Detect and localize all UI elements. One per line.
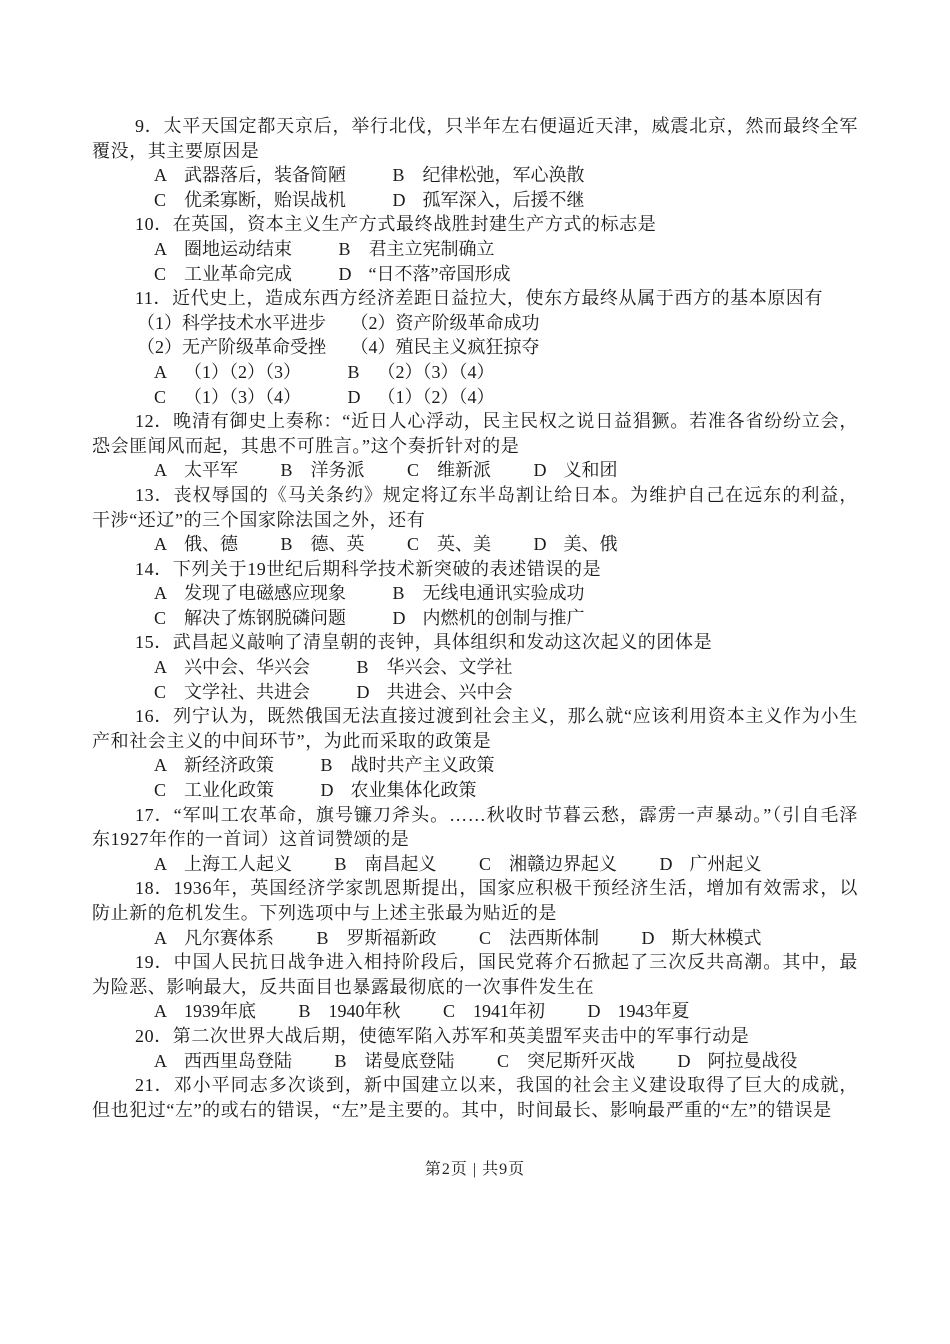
option-row: A凡尔赛体系 B罗斯福新政 C法西斯体制 D斯大林模式 bbox=[92, 926, 858, 951]
option-label: B bbox=[281, 532, 311, 557]
page-footer: 第2页 | 共9页 bbox=[0, 1158, 950, 1183]
option-label: D bbox=[660, 852, 690, 877]
option-row: C工业化政策 D农业集体化政策 bbox=[92, 778, 858, 803]
option-label: A bbox=[154, 1049, 184, 1074]
question: 15．武昌起义敲响了清皇朝的丧钟，具体组织和发动这次起义的团体是 A兴中会、华兴… bbox=[92, 630, 858, 704]
option-row: A新经济政策 B战时共产主义政策 bbox=[92, 753, 858, 778]
option-text: 工业革命完成 bbox=[184, 264, 292, 284]
option: A发现了电磁感应现象 bbox=[154, 581, 346, 606]
option-label: D bbox=[588, 999, 618, 1024]
option-text: 圈地运动结束 bbox=[184, 239, 292, 259]
option-label: A bbox=[154, 532, 184, 557]
option: B1940年秋 bbox=[299, 999, 401, 1024]
option: A俄、德 bbox=[154, 532, 238, 557]
option-label: A bbox=[154, 655, 184, 680]
question-stem: 17．“军叫工农革命，旗号镰刀斧头。……秋收时节暮云愁，霹雳一声暴动。”（引自毛… bbox=[92, 803, 858, 852]
option-label: D bbox=[357, 680, 387, 705]
question-stem: 11．近代史上，造成东西方经济差距日益拉大，使东方最终从属于西方的基本原因有 bbox=[92, 286, 858, 311]
question: 19．中国人民抗日战争进入相持阶段后，国民党蒋介石掀起了三次反共高潮。其中，最为… bbox=[92, 950, 858, 1024]
option-label: B bbox=[335, 1049, 365, 1074]
option-label: A bbox=[154, 581, 184, 606]
page-number: 第2页 | 共9页 bbox=[425, 1161, 525, 1178]
option-label: C bbox=[154, 262, 184, 287]
option-row: C文学社、共进会 D共进会、兴中会 bbox=[92, 680, 858, 705]
option: B战时共产主义政策 bbox=[321, 753, 495, 778]
sub-item: （1）科学技术水平进步 bbox=[137, 311, 326, 336]
question: 21．邓小平同志多次谈到，新中国建立以来，我国的社会主义建设取得了巨大的成就，但… bbox=[92, 1073, 858, 1122]
question: 11．近代史上，造成东西方经济差距日益拉大，使东方最终从属于西方的基本原因有 （… bbox=[92, 286, 858, 409]
option-row: A武器落后，装备简陋 B纪律松弛，军心涣散 bbox=[92, 163, 858, 188]
option-text: 兴中会、华兴会 bbox=[184, 657, 310, 677]
option-label: D bbox=[534, 458, 564, 483]
option: A凡尔赛体系 bbox=[154, 926, 274, 951]
question-stem: 13．丧权辱国的《马关条约》规定将辽东半岛割让给日本。为维护自己在远东的利益，干… bbox=[92, 483, 858, 532]
option-label: C bbox=[443, 999, 473, 1024]
option: C优柔寡断，贻误战机 bbox=[154, 188, 346, 213]
option: A兴中会、华兴会 bbox=[154, 655, 310, 680]
option-text: 华兴会、文学社 bbox=[387, 657, 513, 677]
option-text: 广州起义 bbox=[690, 854, 762, 874]
option-label: D bbox=[393, 188, 423, 213]
option-label: C bbox=[154, 680, 184, 705]
option-label: B bbox=[393, 163, 423, 188]
question-stem: 21．邓小平同志多次谈到，新中国建立以来，我国的社会主义建设取得了巨大的成就，但… bbox=[92, 1073, 858, 1122]
option: C维新派 bbox=[407, 458, 491, 483]
option-label: B bbox=[299, 999, 329, 1024]
exam-body: 9．太平天国定都天京后，举行北伐，只半年左右便逼近天津，威震北京，然而最终全军覆… bbox=[92, 114, 858, 1122]
option: C文学社、共进会 bbox=[154, 680, 310, 705]
option-text: （2）（3）（4） bbox=[378, 362, 495, 382]
option: A（1）（2）（3） bbox=[154, 360, 301, 385]
option-text: 新经济政策 bbox=[184, 755, 274, 775]
option-row: A西西里岛登陆 B诺曼底登陆 C突尼斯歼灭战 D阿拉曼战役 bbox=[92, 1049, 858, 1074]
option: A西西里岛登陆 bbox=[154, 1049, 292, 1074]
option-row: C解决了炼钢脱磷问题 D内燃机的创制与推广 bbox=[92, 606, 858, 631]
option-label: B bbox=[357, 655, 387, 680]
question-stem: 9．太平天国定都天京后，举行北伐，只半年左右便逼近天津，威震北京，然而最终全军覆… bbox=[92, 114, 858, 163]
option-row: A1939年底 B1940年秋 C1941年初 D1943年夏 bbox=[92, 999, 858, 1024]
option-label: D bbox=[678, 1049, 708, 1074]
option-text: 义和团 bbox=[564, 460, 618, 480]
option: D斯大林模式 bbox=[642, 926, 762, 951]
option-text: 俄、德 bbox=[184, 534, 238, 554]
question: 12．晚清有御史上奏称：“近日人心浮动，民主民权之说日益猖獗。若准各省纷纷立会，… bbox=[92, 409, 858, 483]
question-stem: 20．第二次世界大战后期，使德军陷入苏军和英美盟军夹击中的军事行动是 bbox=[92, 1024, 858, 1049]
option-text: 维新派 bbox=[437, 460, 491, 480]
question-stem: 12．晚清有御史上奏称：“近日人心浮动，民主民权之说日益猖獗。若准各省纷纷立会，… bbox=[92, 409, 858, 458]
option: B无线电通讯实验成功 bbox=[393, 581, 585, 606]
question: 17．“军叫工农革命，旗号镰刀斧头。……秋收时节暮云愁，霹雳一声暴动。”（引自毛… bbox=[92, 803, 858, 877]
option: C1941年初 bbox=[443, 999, 545, 1024]
option-text: 1943年夏 bbox=[618, 1001, 690, 1021]
option: B华兴会、文学社 bbox=[357, 655, 513, 680]
option-text: 解决了炼钢脱磷问题 bbox=[184, 608, 346, 628]
option-label: D bbox=[339, 262, 369, 287]
option-text: 太平军 bbox=[184, 460, 238, 480]
option-label: C bbox=[479, 852, 509, 877]
option: D广州起义 bbox=[660, 852, 762, 877]
option: B君主立宪制确立 bbox=[339, 237, 495, 262]
option: B纪律松弛，军心涣散 bbox=[393, 163, 585, 188]
option-label: D bbox=[321, 778, 351, 803]
option: A上海工人起义 bbox=[154, 852, 292, 877]
option: B南昌起义 bbox=[335, 852, 437, 877]
option-label: C bbox=[407, 532, 437, 557]
document-page: 9．太平天国定都天京后，举行北伐，只半年左右便逼近天津，威震北京，然而最终全军覆… bbox=[0, 0, 950, 1344]
question: 20．第二次世界大战后期，使德军陷入苏军和英美盟军夹击中的军事行动是 A西西里岛… bbox=[92, 1024, 858, 1073]
option-row: A圈地运动结束 B君主立宪制确立 bbox=[92, 237, 858, 262]
option: D“日不落”帝国形成 bbox=[339, 262, 511, 287]
option-label: C bbox=[154, 778, 184, 803]
option: D共进会、兴中会 bbox=[357, 680, 513, 705]
option: C解决了炼钢脱磷问题 bbox=[154, 606, 346, 631]
option-label: A bbox=[154, 999, 184, 1024]
sub-items-row: （2）无产阶级革命受挫 （4）殖民主义疯狂掠夺 bbox=[92, 335, 858, 360]
option-text: 斯大林模式 bbox=[672, 928, 762, 948]
option-text: 南昌起义 bbox=[365, 854, 437, 874]
option-text: （1）（2）（4） bbox=[378, 387, 495, 407]
option-text: 凡尔赛体系 bbox=[184, 928, 274, 948]
option: B诺曼底登陆 bbox=[335, 1049, 455, 1074]
sub-item: （2）无产阶级革命受挫 bbox=[137, 335, 326, 360]
question-stem: 18．1936年，英国经济学家凯恩斯提出，国家应积极干预经济生活，增加有效需求，… bbox=[92, 876, 858, 925]
option-label: D bbox=[534, 532, 564, 557]
question: 16．列宁认为，既然俄国无法直接过渡到社会主义，那么就“应该利用资本主义作为小生… bbox=[92, 704, 858, 802]
question-stem: 16．列宁认为，既然俄国无法直接过渡到社会主义，那么就“应该利用资本主义作为小生… bbox=[92, 704, 858, 753]
option-label: A bbox=[154, 237, 184, 262]
option: A新经济政策 bbox=[154, 753, 274, 778]
option-text: “日不落”帝国形成 bbox=[369, 264, 511, 284]
option: B德、英 bbox=[281, 532, 365, 557]
option: D（1）（2）（4） bbox=[348, 385, 495, 410]
option-row: A发现了电磁感应现象 B无线电通讯实验成功 bbox=[92, 581, 858, 606]
option: B罗斯福新政 bbox=[317, 926, 437, 951]
option: C工业革命完成 bbox=[154, 262, 292, 287]
option-text: 罗斯福新政 bbox=[347, 928, 437, 948]
option-row: A上海工人起义 B南昌起义 C湘赣边界起义 D广州起义 bbox=[92, 852, 858, 877]
option: C突尼斯歼灭战 bbox=[497, 1049, 635, 1074]
option-row: C（1）（3）（4） D（1）（2）（4） bbox=[92, 385, 858, 410]
question-stem: 10．在英国，资本主义生产方式最终战胜封建生产方式的标志是 bbox=[92, 212, 858, 237]
option-label: B bbox=[339, 237, 369, 262]
option: D内燃机的创制与推广 bbox=[393, 606, 585, 631]
option-text: 战时共产主义政策 bbox=[351, 755, 495, 775]
option-text: 德、英 bbox=[311, 534, 365, 554]
question: 13．丧权辱国的《马关条约》规定将辽东半岛割让给日本。为维护自己在远东的利益，干… bbox=[92, 483, 858, 557]
option-text: 孤军深入，后援不继 bbox=[423, 190, 585, 210]
option: C法西斯体制 bbox=[479, 926, 599, 951]
option-label: C bbox=[154, 188, 184, 213]
option: C工业化政策 bbox=[154, 778, 274, 803]
option-text: 法西斯体制 bbox=[509, 928, 599, 948]
option-text: 英、美 bbox=[437, 534, 491, 554]
question: 18．1936年，英国经济学家凯恩斯提出，国家应积极干预经济生活，增加有效需求，… bbox=[92, 876, 858, 950]
option: D美、俄 bbox=[534, 532, 618, 557]
option-text: （1）（3）（4） bbox=[184, 387, 301, 407]
sub-items-row: （1）科学技术水平进步 （2）资产阶级革命成功 bbox=[92, 311, 858, 336]
option-label: D bbox=[642, 926, 672, 951]
option-text: 西西里岛登陆 bbox=[184, 1051, 292, 1071]
option-text: 1941年初 bbox=[473, 1001, 545, 1021]
option-text: 洋务派 bbox=[311, 460, 365, 480]
option: A圈地运动结束 bbox=[154, 237, 292, 262]
option-label: B bbox=[348, 360, 378, 385]
option: A太平军 bbox=[154, 458, 238, 483]
option-label: C bbox=[407, 458, 437, 483]
option-row: C优柔寡断，贻误战机 D孤军深入，后援不继 bbox=[92, 188, 858, 213]
option-row: C工业革命完成 D“日不落”帝国形成 bbox=[92, 262, 858, 287]
option-text: 阿拉曼战役 bbox=[708, 1051, 798, 1071]
option-row: A俄、德 B德、英 C英、美 D美、俄 bbox=[92, 532, 858, 557]
question-stem: 15．武昌起义敲响了清皇朝的丧钟，具体组织和发动这次起义的团体是 bbox=[92, 630, 858, 655]
sub-item: （4）殖民主义疯狂掠夺 bbox=[351, 335, 540, 360]
option: C（1）（3）（4） bbox=[154, 385, 301, 410]
option-text: 纪律松弛，军心涣散 bbox=[423, 165, 585, 185]
option-label: A bbox=[154, 926, 184, 951]
option-row: A太平军 B洋务派 C维新派 D义和团 bbox=[92, 458, 858, 483]
option-text: 诺曼底登陆 bbox=[365, 1051, 455, 1071]
option: C英、美 bbox=[407, 532, 491, 557]
question: 10．在英国，资本主义生产方式最终战胜封建生产方式的标志是 A圈地运动结束 B君… bbox=[92, 212, 858, 286]
question-stem: 19．中国人民抗日战争进入相持阶段后，国民党蒋介石掀起了三次反共高潮。其中，最为… bbox=[92, 950, 858, 999]
option-label: C bbox=[479, 926, 509, 951]
option-text: （1）（2）（3） bbox=[184, 362, 301, 382]
option-label: A bbox=[154, 163, 184, 188]
option: B洋务派 bbox=[281, 458, 365, 483]
option-label: C bbox=[497, 1049, 527, 1074]
option-label: B bbox=[393, 581, 423, 606]
option-label: B bbox=[317, 926, 347, 951]
option-text: 内燃机的创制与推广 bbox=[423, 608, 585, 628]
option-text: 美、俄 bbox=[564, 534, 618, 554]
option-label: C bbox=[154, 606, 184, 631]
option-text: 湘赣边界起义 bbox=[509, 854, 617, 874]
option-text: 工业化政策 bbox=[184, 780, 274, 800]
sub-item: （2）资产阶级革命成功 bbox=[351, 311, 540, 336]
option-text: 1940年秋 bbox=[329, 1001, 401, 1021]
option-label: B bbox=[321, 753, 351, 778]
option-label: B bbox=[335, 852, 365, 877]
option-text: 无线电通讯实验成功 bbox=[423, 583, 585, 603]
question: 9．太平天国定都天京后，举行北伐，只半年左右便逼近天津，威震北京，然而最终全军覆… bbox=[92, 114, 858, 212]
option-text: 突尼斯歼灭战 bbox=[527, 1051, 635, 1071]
option-text: 武器落后，装备简陋 bbox=[184, 165, 346, 185]
option: D义和团 bbox=[534, 458, 618, 483]
option: B（2）（3）（4） bbox=[348, 360, 495, 385]
option: D孤军深入，后援不继 bbox=[393, 188, 585, 213]
option-label: A bbox=[154, 852, 184, 877]
option-text: 共进会、兴中会 bbox=[387, 682, 513, 702]
option: A1939年底 bbox=[154, 999, 256, 1024]
option-label: B bbox=[281, 458, 311, 483]
option: C湘赣边界起义 bbox=[479, 852, 617, 877]
option-label: A bbox=[154, 458, 184, 483]
option-label: A bbox=[154, 753, 184, 778]
option-text: 发现了电磁感应现象 bbox=[184, 583, 346, 603]
option-text: 优柔寡断，贻误战机 bbox=[184, 190, 346, 210]
option: D农业集体化政策 bbox=[321, 778, 477, 803]
option-text: 上海工人起义 bbox=[184, 854, 292, 874]
option-text: 文学社、共进会 bbox=[184, 682, 310, 702]
option-text: 君主立宪制确立 bbox=[369, 239, 495, 259]
option-row: A（1）（2）（3） B（2）（3）（4） bbox=[92, 360, 858, 385]
option-label: D bbox=[348, 385, 378, 410]
option: A武器落后，装备简陋 bbox=[154, 163, 346, 188]
option: D1943年夏 bbox=[588, 999, 690, 1024]
question-stem: 14．下列关于19世纪后期科学技术新突破的表述错误的是 bbox=[92, 557, 858, 582]
option-label: A bbox=[154, 360, 184, 385]
option-label: C bbox=[154, 385, 184, 410]
option-text: 1939年底 bbox=[184, 1001, 256, 1021]
question: 14．下列关于19世纪后期科学技术新突破的表述错误的是 A发现了电磁感应现象 B… bbox=[92, 557, 858, 631]
option-row: A兴中会、华兴会 B华兴会、文学社 bbox=[92, 655, 858, 680]
option: D阿拉曼战役 bbox=[678, 1049, 798, 1074]
option-text: 农业集体化政策 bbox=[351, 780, 477, 800]
option-label: D bbox=[393, 606, 423, 631]
